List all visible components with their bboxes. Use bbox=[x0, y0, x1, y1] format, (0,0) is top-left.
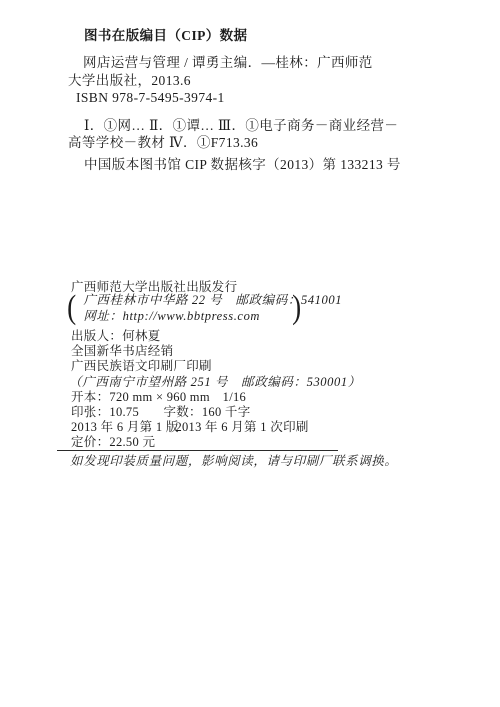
publisher-address-line: 广西桂林市中华路 22 号 邮政编码：541001 bbox=[83, 292, 289, 308]
printer-line: 广西民族语文印刷厂印刷 bbox=[71, 359, 212, 375]
left-paren: ( bbox=[67, 291, 76, 325]
right-paren: ) bbox=[292, 291, 301, 325]
price-line: 定价：22.50 元 bbox=[71, 435, 155, 451]
edition-printing-line: 2013 年 6 月第 1 版 2013 年 6 月第 1 次印刷 bbox=[71, 420, 309, 436]
edition-value: 2013 年 6 月第 1 版 bbox=[71, 420, 172, 436]
word-count-value: 字数：160 千字 bbox=[163, 405, 250, 419]
cip-record-number: 中国版本图书馆 CIP 数据核字（2013）第 133213 号 bbox=[84, 157, 401, 174]
quality-note-line: 如发现印装质量问题，影响阅读，请与印刷厂联系调换。 bbox=[70, 454, 398, 470]
cip-classification-line-1: Ⅰ．①网… Ⅱ．①谭… Ⅲ．①电子商务－商业经营－ bbox=[84, 118, 398, 135]
printing-value: 2013 年 6 月第 1 次印刷 bbox=[175, 420, 308, 434]
sheets-wordcount-line: 印张：10.75 字数：160 千字 bbox=[71, 405, 251, 421]
distributor-line: 全国新华书店经销 bbox=[71, 344, 173, 360]
cip-entry-line-2: 大学出版社，2013.6 bbox=[68, 73, 191, 90]
cip-classification-line-2: 高等学校－教材 Ⅳ．①F713.36 bbox=[68, 135, 258, 152]
printer-address-line: （广西南宁市望州路 251 号 邮政编码：530001） bbox=[69, 375, 361, 391]
publisher-person-line: 出版人：何林夏 bbox=[71, 329, 161, 345]
cip-header: 图书在版编目（CIP）数据 bbox=[84, 28, 247, 45]
cip-entry-line-1: 网店运营与管理 / 谭勇主编．—桂林：广西师范 bbox=[83, 55, 373, 72]
divider-rule bbox=[57, 450, 338, 451]
format-line: 开本：720 mm × 960 mm 1/16 bbox=[71, 390, 246, 406]
sheets-value: 印张：10.75 bbox=[71, 405, 160, 421]
isbn-number: ISBN 978-7-5495-3974-1 bbox=[76, 90, 225, 107]
copyright-page: 图书在版编目（CIP）数据 网店运营与管理 / 谭勇主编．—桂林：广西师范 大学… bbox=[0, 0, 500, 707]
publisher-website-line: 网址：http://www.bbtpress.com bbox=[83, 308, 289, 324]
publisher-address-group: ( 广西桂林市中华路 22 号 邮政编码：541001 网址：http://ww… bbox=[66, 291, 303, 325]
